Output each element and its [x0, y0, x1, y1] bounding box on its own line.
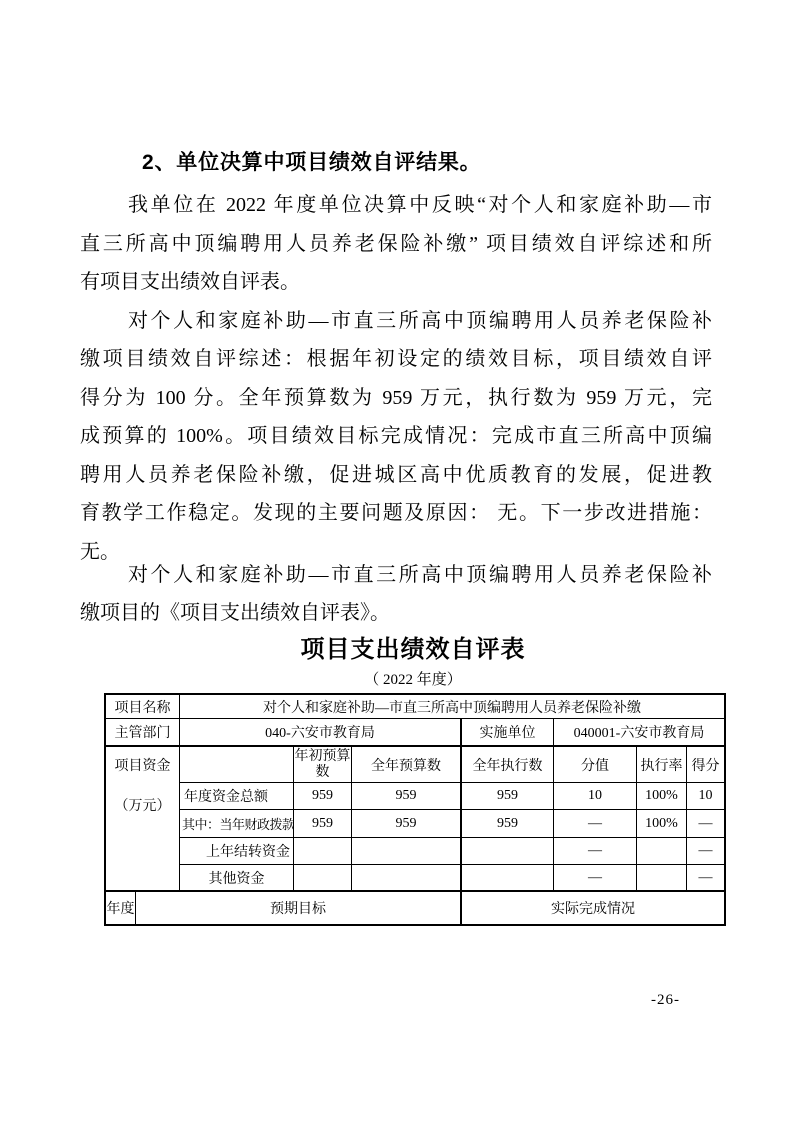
cell-value: —: [554, 865, 637, 892]
cell-value: —: [687, 838, 724, 865]
cell-header-annual-budget: 全年预算数: [352, 747, 462, 783]
cell-expected-goal: 预期目标: [136, 892, 462, 924]
self-evaluation-table: 项目名称 对个人和家庭补助—市直三所高中顶编聘用人员养老保险补缴 主管部门 04…: [104, 693, 726, 926]
document-page: 2、单位决算中项目绩效自评结果。 我单位在 2022 年度单位决算中反映“对个人…: [0, 0, 793, 1122]
body-line: 缴项目绩效自评综述：根据年初设定的绩效目标，项目绩效自评: [80, 340, 712, 379]
cell-implementing-unit-label: 实施单位: [462, 719, 554, 747]
cell-value: —: [554, 810, 637, 838]
cell-project-name-label: 项目名称: [106, 695, 180, 719]
cell-value: —: [554, 838, 637, 865]
cell-actual-completion: 实际完成情况: [462, 892, 724, 924]
body-line: 对个人和家庭补助—市直三所高中顶编聘用人员养老保险补: [80, 302, 712, 341]
cell-value: 959: [352, 810, 462, 838]
table-title: 项目支出绩效自评表: [104, 629, 722, 664]
body-line: 聘用人员养老保险补缴，促进城区高中优质教育的发展，促进教: [80, 456, 712, 495]
cell-value: —: [687, 810, 724, 838]
cell-header-initial-budget: 年初预算数: [294, 747, 352, 783]
cell-row-label: 其中：当年财政拨款: [180, 810, 294, 838]
cell-year-label: 年度: [106, 892, 136, 924]
cell-value: 100%: [637, 783, 687, 810]
cell-value: [637, 838, 687, 865]
cell-project-name-value: 对个人和家庭补助—市直三所高中顶编聘用人员养老保险补缴: [180, 695, 724, 719]
cell-value: [352, 838, 462, 865]
cell-value: [352, 865, 462, 892]
cell-header-annual-execution: 全年执行数: [462, 747, 554, 783]
cell-funds-label: 项目资金（万元）: [106, 747, 180, 892]
cell-value: 959: [294, 783, 352, 810]
cell-value: 959: [462, 810, 554, 838]
page-number: -26-: [651, 992, 680, 1009]
body-line: 缴项目的《项目支出绩效自评表》。: [80, 595, 712, 633]
cell-empty: [180, 747, 294, 783]
body-text-block: 对个人和家庭补助—市直三所高中顶编聘用人员养老保险补 缴项目的《项目支出绩效自评…: [80, 557, 712, 632]
body-line: 直三所高中顶编聘用人员养老保险补缴” 项目绩效自评综述和所: [80, 225, 712, 264]
cell-header-score-value: 分值: [554, 747, 637, 783]
cell-row-label: 年度资金总额: [180, 783, 294, 810]
cell-value: 959: [294, 810, 352, 838]
cell-value: 959: [462, 783, 554, 810]
cell-value: [462, 838, 554, 865]
cell-value: 100%: [637, 810, 687, 838]
cell-implementing-unit-value: 040001-六安市教育局: [554, 719, 724, 747]
cell-value: —: [687, 865, 724, 892]
cell-value: [294, 838, 352, 865]
cell-row-label: 上年结转资金: [180, 838, 294, 865]
cell-value: 959: [352, 783, 462, 810]
body-line: 对个人和家庭补助—市直三所高中顶编聘用人员养老保险补: [80, 557, 712, 595]
cell-value: 10: [687, 783, 724, 810]
cell-department-label: 主管部门: [106, 719, 180, 747]
cell-value: 10: [554, 783, 637, 810]
cell-value: [462, 865, 554, 892]
table-subtitle: （ 2022 年度）: [104, 668, 722, 689]
cell-value: [637, 865, 687, 892]
cell-header-execution-rate: 执行率: [637, 747, 687, 783]
body-line: 成预算的 100%。项目绩效目标完成情况：完成市直三所高中顶编: [80, 417, 712, 456]
body-text-block: 我单位在 2022 年度单位决算中反映“对个人和家庭补助—市 直三所高中顶编聘用…: [80, 186, 712, 571]
section-heading: 2、单位决算中项目绩效自评结果。: [80, 150, 712, 176]
body-line: 育教学工作稳定。发现的主要问题及原因： 无。下一步改进措施：: [80, 494, 712, 533]
cell-row-label: 其他资金: [180, 865, 294, 892]
body-line: 得分为 100 分。全年预算数为 959 万元，执行数为 959 万元，完: [80, 379, 712, 418]
body-line: 有项目支出绩效自评表。: [80, 263, 712, 302]
cell-value: [294, 865, 352, 892]
cell-header-score: 得分: [687, 747, 724, 783]
body-line: 我单位在 2022 年度单位决算中反映“对个人和家庭补助—市: [80, 186, 712, 225]
cell-department-value: 040-六安市教育局: [180, 719, 462, 747]
